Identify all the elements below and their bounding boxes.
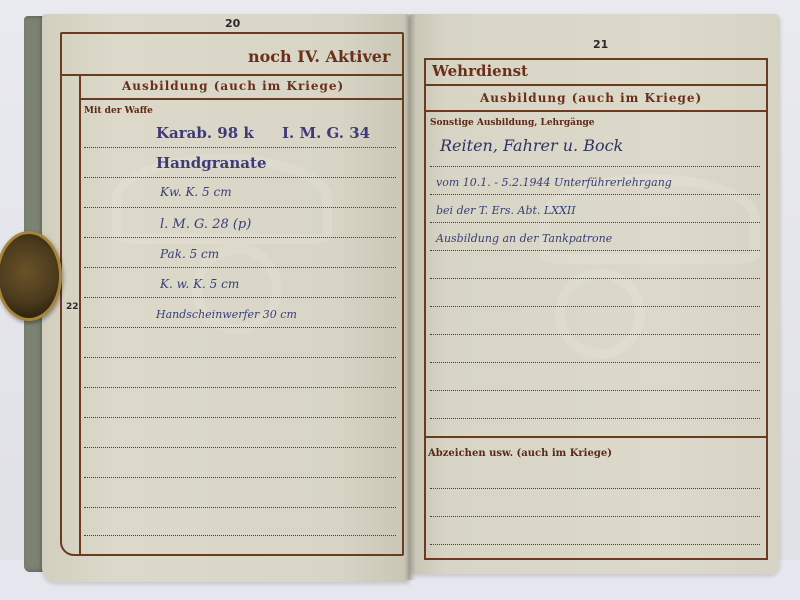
subheader: Ausbildung (auch im Kriege) bbox=[480, 91, 702, 105]
ruled-line bbox=[430, 250, 760, 251]
entry-stamp: I. M. G. 34 bbox=[282, 124, 370, 142]
ruled-line bbox=[430, 418, 760, 419]
ruled-line bbox=[430, 362, 760, 363]
subheader-divider bbox=[424, 110, 766, 112]
ruled-line bbox=[84, 535, 396, 536]
page-number: 20 bbox=[225, 17, 240, 30]
ruled-line bbox=[430, 544, 760, 545]
subheader: Ausbildung (auch im Kriege) bbox=[122, 79, 344, 93]
ruled-line bbox=[84, 507, 396, 508]
entry-handwritten: Reiten, Fahrer u. Bock bbox=[440, 136, 623, 155]
section-header: Wehrdienst bbox=[432, 62, 528, 80]
ruled-line bbox=[430, 222, 760, 223]
ruled-line bbox=[430, 166, 760, 167]
entry-handwritten: l. M. G. 28 (p) bbox=[160, 217, 251, 232]
ruled-line bbox=[430, 334, 760, 335]
ruled-line bbox=[84, 477, 396, 478]
entry-stamp: Karab. 98 k bbox=[156, 124, 254, 142]
ruled-line bbox=[430, 278, 760, 279]
entry-handwritten: Ausbildung an der Tankpatrone bbox=[436, 232, 612, 245]
ruled-line bbox=[84, 297, 396, 298]
ruled-line bbox=[84, 267, 396, 268]
ruled-line bbox=[84, 177, 396, 178]
ruled-line bbox=[430, 488, 760, 489]
subheader-divider bbox=[79, 98, 402, 100]
ruled-line bbox=[84, 207, 396, 208]
entry-handwritten: vom 10.1. - 5.2.1944 Unterführerlehrgang bbox=[436, 176, 672, 189]
ruled-line bbox=[84, 447, 396, 448]
field-label: Sonstige Ausbildung, Lehrgänge bbox=[430, 118, 595, 128]
margin-number: 22 bbox=[66, 302, 79, 312]
header-divider bbox=[424, 84, 766, 86]
ruled-line bbox=[84, 327, 396, 328]
entry-stamp: Handgranate bbox=[156, 154, 267, 172]
ruled-line bbox=[430, 194, 760, 195]
ruled-line bbox=[84, 237, 396, 238]
ruled-line bbox=[84, 147, 396, 148]
entry-handwritten: bei der T. Ers. Abt. LXXII bbox=[436, 204, 576, 217]
entry-handwritten: Pak. 5 cm bbox=[160, 247, 219, 261]
right-page: 21 Wehrdienst Ausbildung (auch im Kriege… bbox=[410, 14, 780, 574]
ruled-line bbox=[430, 306, 760, 307]
header-divider bbox=[60, 74, 402, 76]
margin-rule bbox=[79, 74, 81, 554]
left-page: 20 noch IV. Aktiver Ausbildung (auch im … bbox=[42, 14, 410, 582]
entry-handwritten: Kw. K. 5 cm bbox=[160, 185, 232, 199]
entry-handwritten: Handscheinwerfer 30 cm bbox=[156, 308, 297, 321]
field-label: Mit der Waffe bbox=[84, 106, 153, 116]
badges-divider bbox=[424, 436, 766, 438]
book-gutter bbox=[404, 14, 416, 580]
entry-handwritten: K. w. K. 5 cm bbox=[160, 277, 239, 291]
page-number: 21 bbox=[593, 38, 608, 51]
badges-label: Abzeichen usw. (auch im Kriege) bbox=[428, 448, 612, 459]
right-page-frame bbox=[424, 58, 768, 560]
ruled-line bbox=[84, 387, 396, 388]
ruled-line bbox=[430, 516, 760, 517]
section-header: noch IV. Aktiver bbox=[248, 47, 390, 66]
ruled-line bbox=[84, 417, 396, 418]
ruled-line bbox=[430, 390, 760, 391]
ruled-line bbox=[84, 357, 396, 358]
